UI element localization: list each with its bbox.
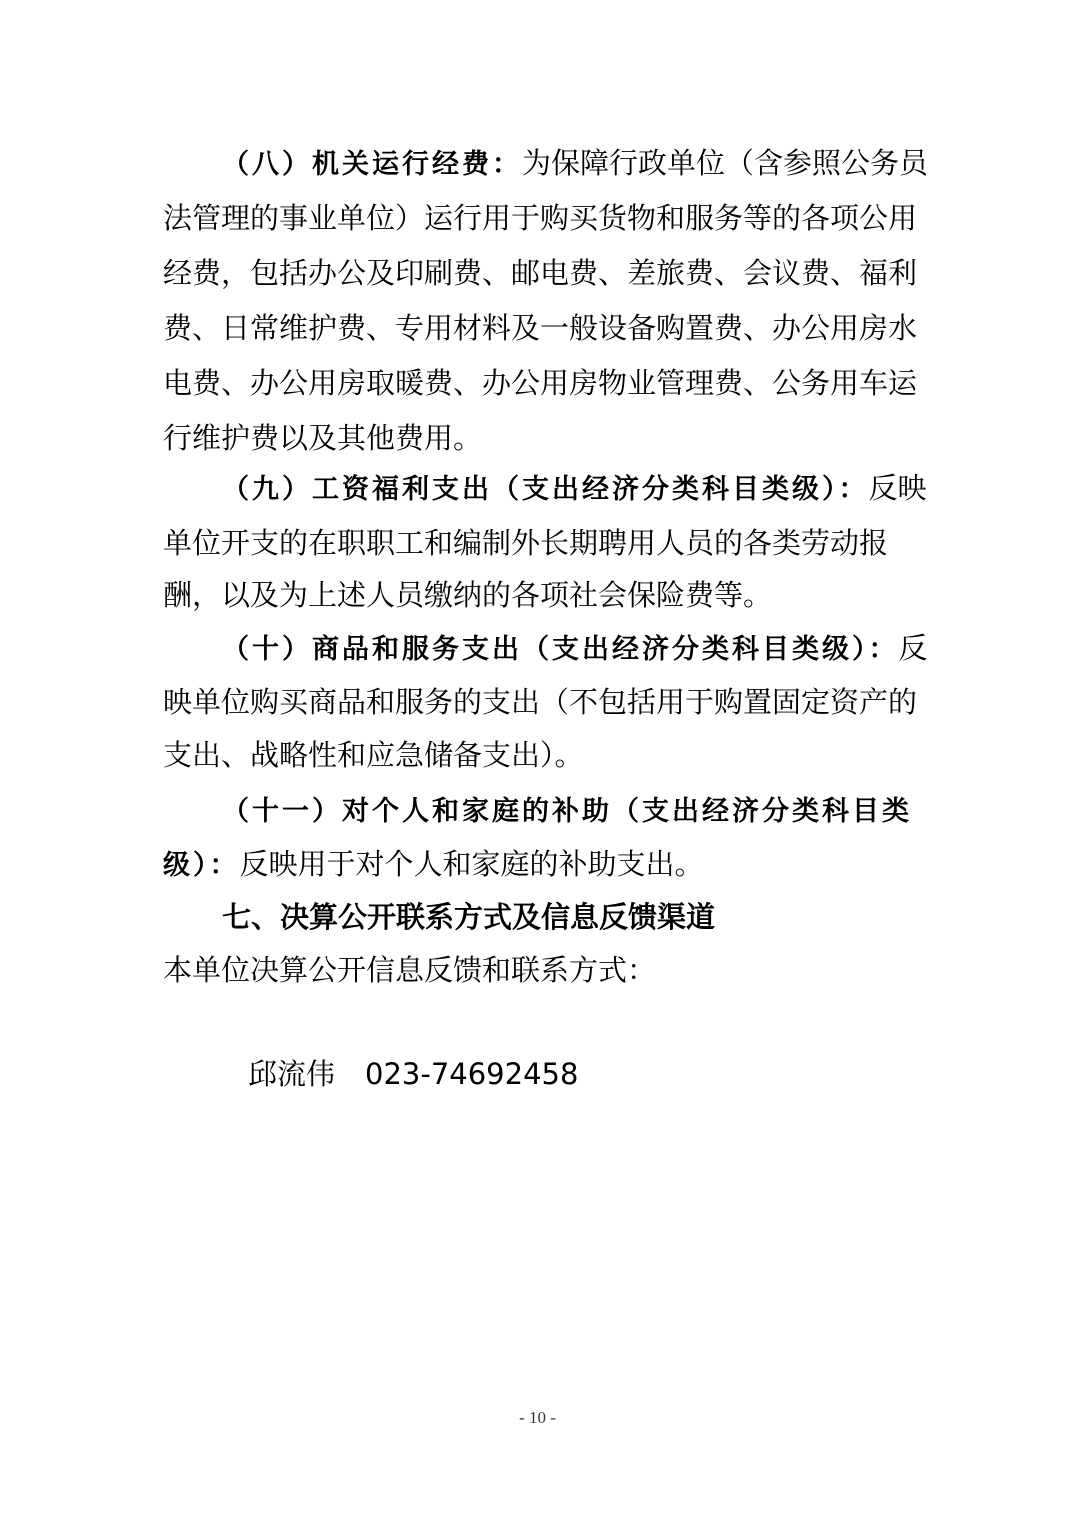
contact-info: 邱流伟023-74692458 — [248, 1054, 578, 1094]
paragraph-10-line-3: 支出、战略性和应急储备支出）。 — [163, 735, 923, 775]
paragraph-8-line-1: （八）机关运行经费：为保障行政单位（含参照公务员 — [222, 143, 982, 185]
paragraph-8-line-6: 行维护费以及其他费用。 — [163, 418, 923, 458]
paragraph-11-line-2: 级）：反映用于对个人和家庭的补助支出。 — [163, 844, 923, 886]
page-number: - 10 - — [0, 1408, 1075, 1428]
paragraph-9-line-3: 酬，以及为上述人员缴纳的各项社会保险费等。 — [163, 575, 923, 615]
term-label-continued: 级）： — [163, 850, 240, 881]
paragraph-10-line-1: （十）商品和服务支出（支出经济分类科目类级）：反 — [222, 628, 982, 670]
term-label: （九）工资福利支出（支出经济分类科目类级）： — [222, 474, 869, 505]
paragraph-8-line-3: 经费，包括办公及印刷费、邮电费、差旅费、会议费、福利 — [163, 253, 923, 293]
paragraph-9-line-2: 单位开支的在职职工和编制外长期聘用人员的各类劳动报 — [163, 523, 923, 563]
contact-phone: 023-74692458 — [365, 1057, 578, 1091]
paragraph-9-line-1: （九）工资福利支出（支出经济分类科目类级）：反映 — [222, 468, 982, 510]
term-label: （十一）对个人和家庭的补助（支出经济分类科目类 — [222, 796, 912, 827]
paragraph-10-line-2: 映单位购买商品和服务的支出（不包括用于购置固定资产的 — [163, 682, 923, 722]
paragraph-8-line-5: 电费、办公用房取暖费、办公用房物业管理费、公务用车运 — [163, 363, 923, 403]
document-page: （八）机关运行经费：为保障行政单位（含参照公务员 法管理的事业单位）运行用于购买… — [0, 0, 1075, 1520]
paragraph-11-line-1: （十一）对个人和家庭的补助（支出经济分类科目类 — [222, 790, 982, 832]
contact-name: 邱流伟 — [248, 1057, 335, 1091]
paragraph-8-line-2: 法管理的事业单位）运行用于购买货物和服务等的各项公用 — [163, 198, 923, 238]
paragraph-8-line-4: 费、日常维护费、专用材料及一般设备购置费、办公用房水 — [163, 308, 923, 348]
term-label: （八）机关运行经费： — [222, 149, 522, 180]
term-label: （十）商品和服务支出（支出经济分类科目类级）： — [222, 634, 899, 665]
contact-intro: 本单位决算公开信息反馈和联系方式： — [163, 950, 923, 990]
section-heading: 七、决算公开联系方式及信息反馈渠道 — [222, 897, 715, 937]
